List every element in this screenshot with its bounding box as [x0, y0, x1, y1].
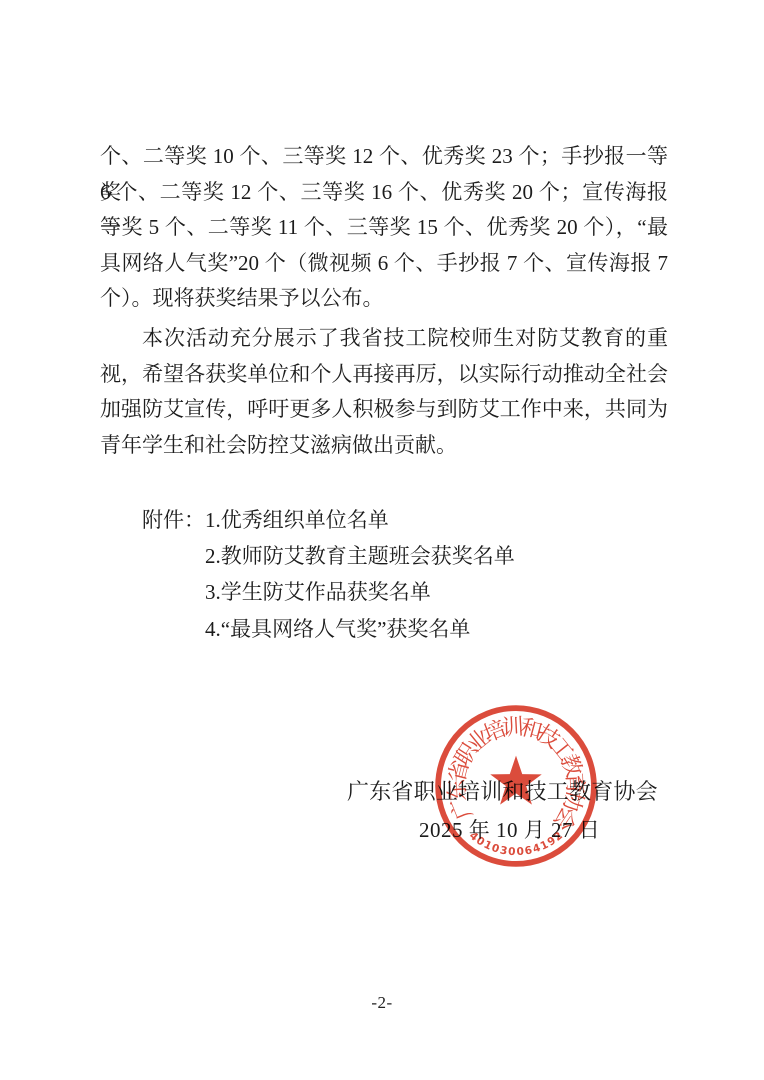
body-text-line: 视，希望各获奖单位和个人再接再厉，以实际行动推动全社会: [100, 357, 668, 393]
body-text-line: 具网络人气奖”20 个（微视频 6 个、手抄报 7 个、宣传海报 7: [100, 246, 668, 282]
attachment-item-3: 3.学生防艾作品获奖名单: [142, 574, 515, 610]
svg-text:职: 职: [450, 738, 483, 771]
svg-text:工: 工: [545, 733, 578, 766]
svg-text:4: 4: [531, 841, 542, 856]
attachment-item-2: 2.教师防艾教育主题班会获奖名单: [142, 538, 515, 574]
svg-text:培: 培: [480, 715, 510, 746]
signature-date: 2025 年 10 月 27 日: [419, 818, 600, 842]
svg-text:教: 教: [556, 751, 587, 780]
paragraph-closing-remarks: 本次活动充分展示了我省技工院校师生对防艾教育的重 视，希望各获奖单位和个人再接再…: [100, 321, 668, 463]
svg-text:0: 0: [508, 845, 516, 858]
page-number: -2-: [0, 993, 764, 1013]
svg-text:和: 和: [517, 714, 545, 744]
paragraph-awards-stats: 个、二等奖 10 个、三等奖 12 个、优秀奖 23 个；手抄报一等奖 6 个、…: [100, 139, 668, 317]
body-text-line: 青年学生和社会防控艾滋病做出贡献。: [100, 428, 668, 464]
attachment-item-text: 1.优秀组织单位名单: [205, 508, 389, 532]
attachment-item-1: 附件：1.优秀组织单位名单: [142, 502, 515, 538]
body-text-line: 个、二等奖 10 个、三等奖 12 个、优秀奖 23 个；手抄报一等奖: [100, 139, 668, 175]
body-text-line: 本次活动充分展示了我省技工院校师生对防艾教育的重: [100, 321, 668, 357]
attachment-list: 附件：1.优秀组织单位名单 2.教师防艾教育主题班会获奖名单 3.学生防艾作品获…: [142, 502, 515, 647]
svg-text:6: 6: [524, 843, 534, 857]
svg-text:0: 0: [490, 841, 501, 856]
svg-text:技: 技: [532, 720, 564, 753]
body-text-line: 个）。现将获奖结果予以公布。: [100, 281, 668, 317]
body-text-line: 等奖 5 个、二等奖 11 个、三等奖 15 个、优秀奖 20 个），“最: [100, 210, 668, 246]
body-text-line: 6 个、二等奖 12 个、三等奖 16 个、优秀奖 20 个；宣传海报一: [100, 175, 668, 211]
attachment-label: 附件：: [142, 508, 205, 532]
document-page: 个、二等奖 10 个、三等奖 12 个、优秀奖 23 个；手抄报一等奖 6 个、…: [0, 0, 764, 1080]
signing-organization: 广东省职业培训和技工教育协会: [347, 780, 658, 804]
svg-text:训: 训: [501, 714, 524, 740]
svg-text:业: 业: [462, 724, 495, 757]
svg-text:3: 3: [499, 843, 509, 857]
svg-text:0: 0: [516, 845, 524, 858]
attachment-item-4: 4.“最具网络人气奖”获奖名单: [142, 611, 515, 647]
body-text-line: 加强防艾宣传，呼吁更多人积极参与到防艾工作中来，共同为: [100, 392, 668, 428]
